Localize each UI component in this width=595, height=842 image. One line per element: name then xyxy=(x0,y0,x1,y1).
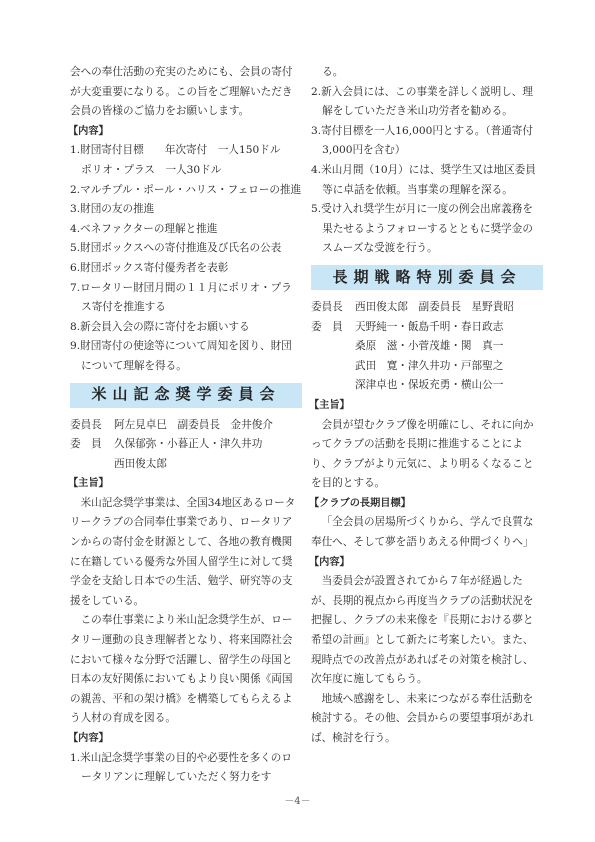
member-role xyxy=(311,337,355,357)
yoneyama-members: 委員長 阿左見卓巳 副委員長 金井俊介 委 員 久保郁弥・小暮正人・津久井功 西… xyxy=(70,416,302,475)
list-item: 4.ベネファクターの理解と推進 xyxy=(70,220,302,240)
long-term-members: 委員長 西田俊太郎 副委員長 星野貴昭 委 員 天野純一・飯島千明・春日政志 桑… xyxy=(311,298,543,396)
member-role xyxy=(311,376,355,396)
long-term-committee-title: 長期戦略特別委員会 xyxy=(311,265,543,290)
list-item: 2.マルチプル・ポール・ハリス・フェローの推進 xyxy=(70,181,302,201)
yoneyama-contents-heading: 【内容】 xyxy=(68,729,302,749)
list-item: 8.新会員入会の際に寄付をお願いする xyxy=(70,318,302,338)
member-names: 深津卓也・保坂充勇・横山公一 xyxy=(355,376,543,396)
member-names: 西田俊太郎 副委員長 星野貴昭 xyxy=(355,298,543,318)
yoneyama-purpose-paragraph: この奉仕事業により米山記念奨学生が、ロータリー運動の良き理解者となり、将来国際社… xyxy=(70,611,302,729)
member-names: 西田俊太郎 xyxy=(114,455,302,475)
member-role xyxy=(70,455,114,475)
left-column: 会への奉仕活動の充実のためにも、会員の寄付が大変重要になりる。この旨をご理解いた… xyxy=(70,63,302,788)
list-item-continuation: る。 xyxy=(311,63,543,83)
yoneyama-purpose-paragraph: 米山記念奨学事業は、全国34地区あるロータリークラブの合同奉仕事業であり、ロータ… xyxy=(70,494,302,612)
list-item: 5.受け入れ奨学生が月に一度の例会出席義務を果たせるようフォローするとともに奨学… xyxy=(311,200,543,259)
long-term-contents-heading: 【内容】 xyxy=(309,553,543,573)
member-role: 委員長 xyxy=(70,416,114,436)
long-term-purpose-heading: 【主旨】 xyxy=(309,396,543,416)
long-term-contents-paragraph: 地域へ感謝をし、未来につながる奉仕活動を検討する。その他、会員からの要望事項があ… xyxy=(311,690,543,749)
long-term-purpose-paragraph: 会員が望むクラブ像を明確にし、それに向かってクラブの活動を長期に推進することによ… xyxy=(311,416,543,494)
list-item: 1.米山記念奨学事業の目的や必要性を多くのロータリアンに理解していただく努力をす xyxy=(70,749,302,788)
member-role xyxy=(311,357,355,377)
member-role: 委 員 xyxy=(311,318,355,338)
page-number: －4－ xyxy=(0,792,595,807)
intro-paragraph: 会への奉仕活動の充実のためにも、会員の寄付が大変重要になりる。この旨をご理解いた… xyxy=(70,63,302,122)
list-item: 5.財団ボックスへの寄付推進及び氏名の公表 xyxy=(70,239,302,259)
list-item: 6.財団ボックス寄付優秀者を表彰 xyxy=(70,259,302,279)
yoneyama-purpose-heading: 【主旨】 xyxy=(68,474,302,494)
long-term-goal-paragraph: 「全会員の居場所づくりから、学んで良質な奉仕へ、そして夢を語りあえる仲間づくりへ… xyxy=(311,513,543,552)
right-column: る。 2.新入会員には、この事業を詳しく説明し、理解をしていただき米山功労者を勧… xyxy=(311,63,543,749)
long-term-contents-paragraph: 当委員会が設置されてから７年が経過したが、長期的視点から再度当クラブの活動状況を… xyxy=(311,572,543,690)
list-item: 9.財団寄付の使途等について周知を図り、財団について理解を得る。 xyxy=(70,337,302,376)
long-term-goal-heading: 【クラブの長期目標】 xyxy=(309,494,543,514)
member-names: 阿左見卓巳 副委員長 金井俊介 xyxy=(114,416,302,436)
list-item: 3.財団の友の推進 xyxy=(70,200,302,220)
member-names: 桑原 滋・小菅茂雄・関 真一 xyxy=(355,337,543,357)
list-item: 3.寄付目標を一人16,000円とする。（普通寄付3,000円を含む） xyxy=(311,122,543,161)
foundation-contents-heading: 【内容】 xyxy=(68,122,302,142)
member-role: 委 員 xyxy=(70,435,114,455)
member-role: 委員長 xyxy=(311,298,355,318)
list-item: 4.米山月間（10月）には、奨学生又は地区委員等に卓話を依頼。当事業の理解を深る… xyxy=(311,161,543,200)
member-names: 武田 寛・津久井功・戸部聖之 xyxy=(355,357,543,377)
list-item: 2.新入会員には、この事業を詳しく説明し、理解をしていただき米山功労者を勧める。 xyxy=(311,83,543,122)
member-names: 久保郁弥・小暮正人・津久井功 xyxy=(114,435,302,455)
list-item: 7.ロータリー財団月間の１１月にポリオ・プラス寄付を推進する xyxy=(70,279,302,318)
list-item: ポリオ・プラス 一人30ドル xyxy=(70,161,302,181)
list-item: 1.財団寄付目標 年次寄付 一人150ドル xyxy=(70,141,302,161)
member-names: 天野純一・飯島千明・春日政志 xyxy=(355,318,543,338)
yoneyama-committee-title: 米山記念奨学委員会 xyxy=(70,383,302,408)
